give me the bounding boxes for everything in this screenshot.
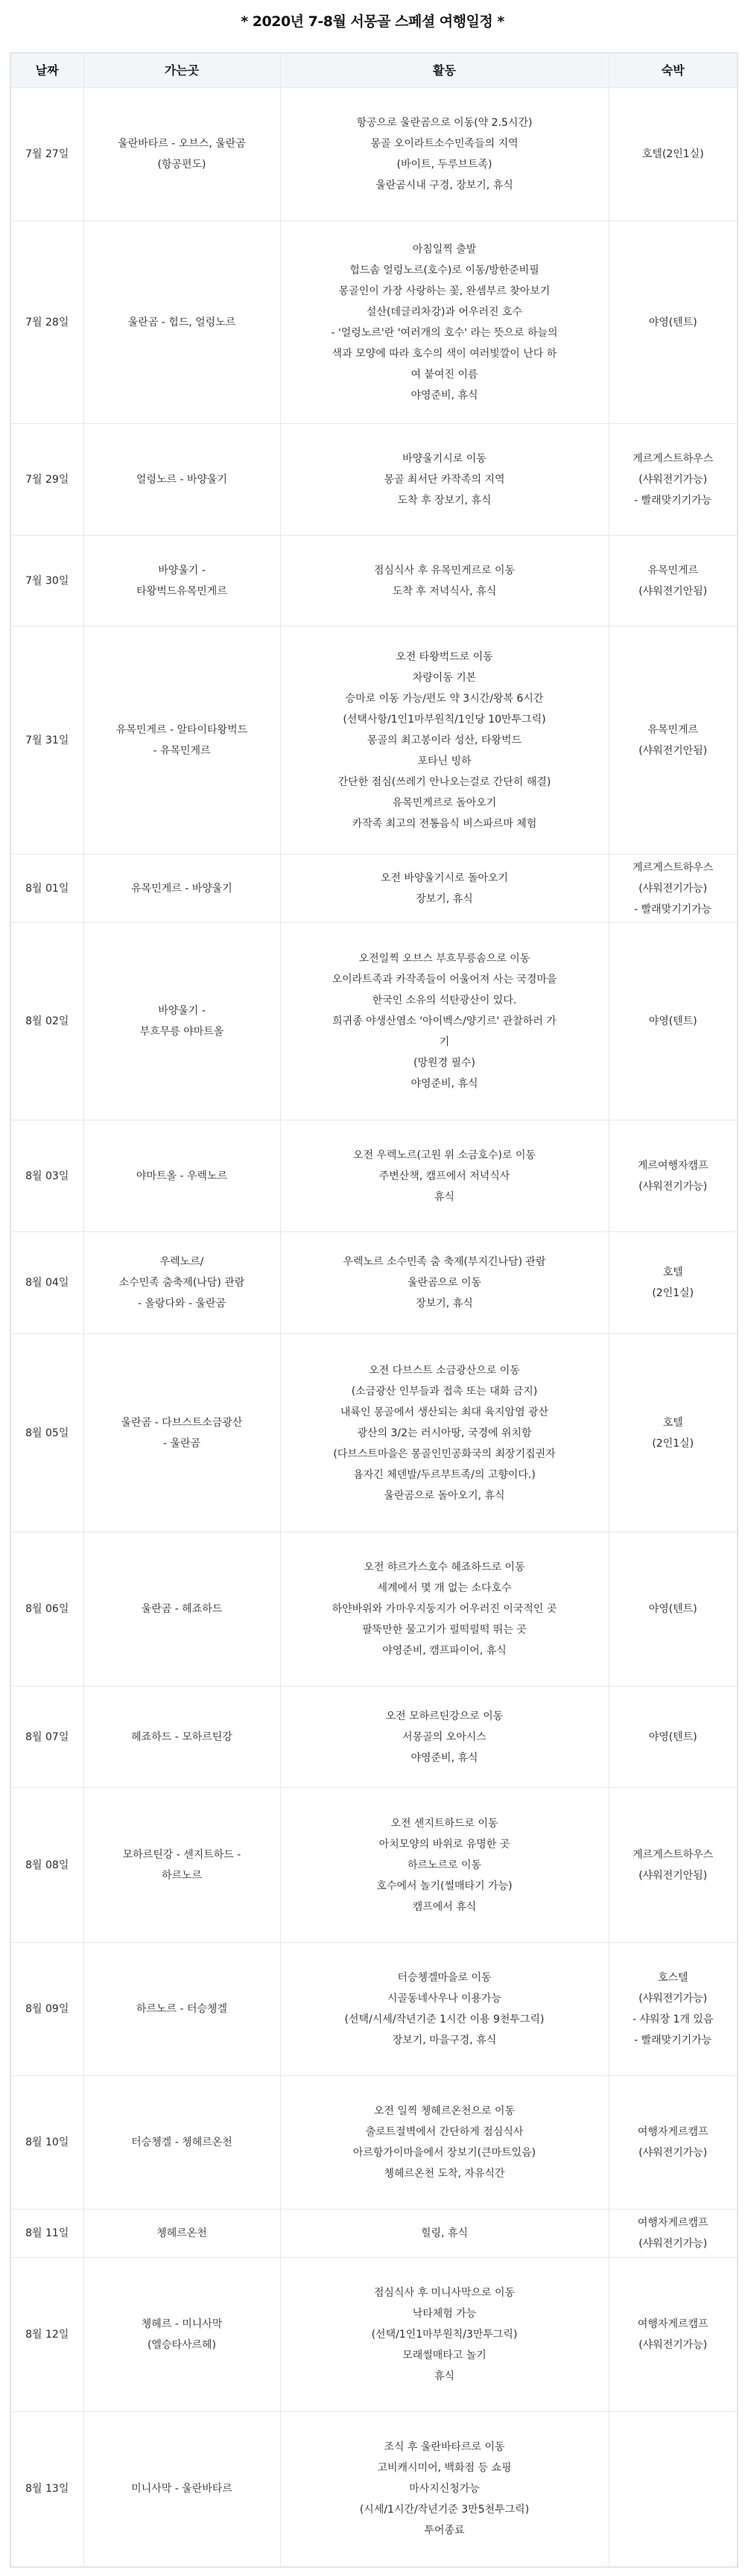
activity-cell: 오전 바양울기시로 돌아오기장보기, 휴식 <box>280 854 609 923</box>
activity-cell-line: 여 붙여진 이름 <box>285 364 604 385</box>
activity-cell-line: 오이라트족과 카작족들이 어울어져 사는 국경마을 <box>285 969 604 990</box>
date-cell: 8월 13일 <box>10 2412 83 2567</box>
activity-cell-line: 장보기, 휴식 <box>285 889 604 910</box>
lodging-cell: 게르게스트하우스(샤워전기가능)- 빨래맞기기가능 <box>609 854 738 923</box>
place-cell-line: 바양울기 - <box>89 560 276 581</box>
activity-cell-line: 세계에서 몇 개 없는 소다호수 <box>285 1578 604 1599</box>
activity-cell: 바양울기시로 이동몽골 최서단 카작족의 지역도착 후 장보기, 휴식 <box>280 424 609 536</box>
table-body: 7월 27일울란바타르 - 오브스, 울란곰(항공편도)항공으로 울란곰으로 이… <box>10 88 738 2567</box>
date-cell: 7월 30일 <box>10 536 83 626</box>
activity-cell-line: 몽골 오이라트소수민족들의 지역 <box>285 133 604 154</box>
lodging-cell-line: (2인1실) <box>614 1433 733 1454</box>
lodging-cell-line: 야영(텐트) <box>614 1011 733 1032</box>
activity-cell-line: 간단한 점심(쓰레기 안나오는걸로 간단히 해결) <box>285 772 604 793</box>
activity-cell-line: 오전 우렉노르(고원 위 소금호수)로 이동 <box>285 1145 604 1166</box>
table-header-row: 날짜 가는곳 활동 숙박 <box>10 53 738 88</box>
lodging-cell: 유목민게르(샤워전기안됨) <box>609 536 738 626</box>
activity-cell: 점심식사 후 유목민게르로 이동도착 후 저녁식사, 휴식 <box>280 536 609 626</box>
table-row: 8월 02일바양울기 -부흐무릉 야마트올오전일찍 오브스 부흐무릉솜으로 이동… <box>10 923 738 1120</box>
lodging-cell-line: 게르게스트하우스 <box>614 1844 733 1865</box>
place-cell-line: 소수민족 춤축제(나담) 관람 <box>89 1272 276 1293</box>
activity-cell-line: 몽골 최서단 카작족의 지역 <box>285 469 604 490</box>
place-cell: 유목민게르 - 알타이타왕벅드- 유목민게르 <box>83 626 280 854</box>
table-row: 8월 11일쳉헤르온천힐링, 휴식여행자게르캠프(샤워전기가능) <box>10 2209 738 2258</box>
activity-cell: 힐링, 휴식 <box>280 2209 609 2258</box>
lodging-cell-line: (샤워전기가능) <box>614 2142 733 2163</box>
activity-cell: 오전 햐르가스호수 헤죠하드로 이동세계에서 몇 개 없는 소다호수하얀바위와 … <box>280 1532 609 1687</box>
activity-cell-line: 도착 후 저녁식사, 휴식 <box>285 581 604 602</box>
lodging-cell-line: 호스텔 <box>614 1967 733 1988</box>
place-cell-line: (항공편도) <box>89 154 276 175</box>
place-cell-line: 헤죠하드 - 모하르틴강 <box>89 1727 276 1748</box>
activity-cell: 오전일찍 오브스 부흐무릉솜으로 이동오이라트족과 카작족들이 어울어져 사는 … <box>280 923 609 1120</box>
itinerary-table: 날짜 가는곳 활동 숙박 7월 27일울란바타르 - 오브스, 울란곰(항공편도… <box>10 52 738 2568</box>
activity-cell-line: 승마로 이동 가능/편도 약 3시간/왕복 6시간 <box>285 688 604 709</box>
page-title: * 2020년 7-8월 서몽골 스페셜 여행일정 * <box>0 10 745 31</box>
header-date: 날짜 <box>10 53 83 88</box>
activity-cell-line: 터승쳉겔마을로 이동 <box>285 1967 604 1988</box>
activity-cell-line: 힐링, 휴식 <box>285 2223 604 2244</box>
activity-cell: 아침일찍 출발헙드솜 얼렁노르(호수)로 이동/방한준비필몽골인이 가장 사랑하… <box>280 221 609 424</box>
activity-cell-line: 서몽골의 오아시스 <box>285 1727 604 1748</box>
activity-cell: 오전 모하르틴강으로 이동서몽골의 오아시스야영준비, 휴식 <box>280 1687 609 1788</box>
lodging-cell: 게르게스트하우스(샤워전기안됨) <box>609 1788 738 1943</box>
activity-cell-line: 시골동네사우나 이용가능 <box>285 1988 604 2009</box>
activity-cell: 점심식사 후 미니사막으로 이동낙타체험 가능(선택/1인1마부원칙/3만투그릭… <box>280 2258 609 2412</box>
activity-cell-line: 마사지신청가능 <box>285 2478 604 2499</box>
lodging-cell: 야영(텐트) <box>609 1532 738 1687</box>
activity-cell-line: 오전 바양울기시로 돌아오기 <box>285 868 604 889</box>
lodging-cell-line: 야영(텐트) <box>614 312 733 333</box>
lodging-cell-line: 호텔(2인1실) <box>614 144 733 165</box>
activity-cell-line: 주변산책, 캠프에서 저녁식사 <box>285 1166 604 1187</box>
activity-cell-line: 아치모양의 바위로 유명한 곳 <box>285 1834 604 1855</box>
place-cell-line: - 올랑다와 - 울란곰 <box>89 1293 276 1314</box>
date-cell: 8월 05일 <box>10 1334 83 1532</box>
place-cell: 울란곰 - 헙드, 얼렁노르 <box>83 221 280 424</box>
activity-cell-line: 모래썰매타고 놀기 <box>285 2345 604 2366</box>
place-cell-line: 쳉헤르온천 <box>89 2223 276 2244</box>
date-cell: 7월 31일 <box>10 626 83 854</box>
activity-cell-line: 장보기, 마을구경, 휴식 <box>285 2030 604 2051</box>
activity-cell-line: - '얼렁노르'란 '여러개의 호수' 라는 뜻으로 하늘의 <box>285 323 604 343</box>
place-cell-line: 모하르틴강 - 센지트하드 - <box>89 1844 276 1865</box>
activity-cell-line: 욤자긴 체덴발/두르부트족/의 고향이다.) <box>285 1465 604 1485</box>
activity-cell-line: (소금광산 인부들과 접촉 또는 대화 금지) <box>285 1381 604 1402</box>
lodging-cell: 호스텔(샤워전기가능)- 샤워장 1개 있음- 빨래맞기기가능 <box>609 1943 738 2076</box>
lodging-cell: 게르여행자캠프(샤워전기가능) <box>609 1120 738 1232</box>
activity-cell-line: 하얀바위와 가마우지둥지가 어우러진 이국적인 곳 <box>285 1599 604 1619</box>
place-cell-line: 유목민게르 - 알타이타왕벅드 <box>89 720 276 740</box>
date-cell: 8월 01일 <box>10 854 83 923</box>
place-cell: 우렉노르/소수민족 춤축제(나담) 관람- 올랑다와 - 울란곰 <box>83 1232 280 1334</box>
lodging-cell: 게르게스트하우스(샤워전기가능)- 빨래맞기기가능 <box>609 424 738 536</box>
lodging-cell-line: (샤워전기가능) <box>614 469 733 490</box>
activity-cell-line: (망원경 필수) <box>285 1053 604 1073</box>
lodging-cell-line: - 빨래맞기기가능 <box>614 899 733 920</box>
table-row: 8월 09일하르노르 - 터승쳉겔터승쳉겔마을로 이동시골동네사우나 이용가능(… <box>10 1943 738 2076</box>
activity-cell-line: 바양울기시로 이동 <box>285 448 604 469</box>
lodging-cell-line: 게르여행자캠프 <box>614 1155 733 1176</box>
activity-cell-line: 조식 후 울란바타르로 이동 <box>285 2437 604 2458</box>
header-lodging: 숙박 <box>609 53 738 88</box>
activity-cell: 오전 다브스트 소금광산으로 이동(소금광산 인부들과 접촉 또는 대화 금지)… <box>280 1334 609 1532</box>
activity-cell-line: 우렉노르 소수민족 춤 축제(부지긴나담) 관람 <box>285 1251 604 1272</box>
place-cell-line: 바양울기 - <box>89 1000 276 1021</box>
table-row: 8월 10일터승쳉겔 - 쳉헤르온천오전 일찍 쳉헤르온천으로 이동출로트절벽에… <box>10 2076 738 2209</box>
table-row: 8월 04일우렉노르/소수민족 춤축제(나담) 관람- 올랑다와 - 울란곰우렉… <box>10 1232 738 1334</box>
place-cell-line: 하르노르 <box>89 1865 276 1886</box>
activity-cell: 오전 타왕벅드로 이동차량이동 기본승마로 이동 가능/편도 약 3시간/왕복 … <box>280 626 609 854</box>
lodging-cell-line: (샤워전기안됨) <box>614 581 733 602</box>
lodging-cell-line: (샤워전기가능) <box>614 878 733 899</box>
lodging-cell-line: 야영(텐트) <box>614 1727 733 1748</box>
activity-cell-line: 몽골인이 가장 사랑하는 꽃, 완셈부르 찾아보기 <box>285 281 604 302</box>
place-cell: 헤죠하드 - 모하르틴강 <box>83 1687 280 1788</box>
activity-cell-line: 몽골의 최고봉이라 성산, 타왕벅드 <box>285 730 604 751</box>
date-cell: 8월 03일 <box>10 1120 83 1232</box>
table-row: 7월 27일울란바타르 - 오브스, 울란곰(항공편도)항공으로 울란곰으로 이… <box>10 88 738 221</box>
activity-cell-line: 울란곰시내 구경, 장보기, 휴식 <box>285 175 604 196</box>
place-cell-line: 부흐무릉 야마트올 <box>89 1021 276 1042</box>
date-cell: 8월 04일 <box>10 1232 83 1334</box>
activity-cell: 오전 우렉노르(고원 위 소금호수)로 이동주변산책, 캠프에서 저녁식사휴식 <box>280 1120 609 1232</box>
activity-cell-line: (선택/시세/작년기준 1시간 이용 9천투그릭) <box>285 2009 604 2030</box>
table-row: 7월 31일유목민게르 - 알타이타왕벅드- 유목민게르오전 타왕벅드로 이동차… <box>10 626 738 854</box>
activity-cell-line: 아침일찍 출발 <box>285 239 604 260</box>
activity-cell-line: 울란곰으로 이동 <box>285 1272 604 1293</box>
activity-cell-line: 기 <box>285 1032 604 1053</box>
table-row: 8월 05일울란곰 - 다브스트소금광산- 울란곰오전 다브스트 소금광산으로 … <box>10 1334 738 1532</box>
activity-cell-line: 내륙인 몽골에서 생산되는 최대 육지암염 광산 <box>285 1402 604 1423</box>
place-cell: 쳉헤르온천 <box>83 2209 280 2258</box>
place-cell: 쳉헤르 - 미니사막(엘승타사르헤) <box>83 2258 280 2412</box>
activity-cell: 조식 후 울란바타르로 이동고비캐시미어, 백화점 등 쇼핑마사지신청가능(시세… <box>280 2412 609 2567</box>
activity-cell: 터승쳉겔마을로 이동시골동네사우나 이용가능(선택/시세/작년기준 1시간 이용… <box>280 1943 609 2076</box>
activity-cell-line: 출로트절벽에서 간단하게 점심식사 <box>285 2122 604 2142</box>
activity-cell-line: 낙타체험 가능 <box>285 2303 604 2324</box>
lodging-cell-line: 호텔 <box>614 1262 733 1283</box>
lodging-cell-line: 여행자게르캠프 <box>614 2122 733 2142</box>
place-cell-line: 야마트올 - 우렉노르 <box>89 1166 276 1187</box>
lodging-cell: 호텔(2인1실) <box>609 1334 738 1532</box>
table-row: 7월 28일울란곰 - 헙드, 얼렁노르아침일찍 출발헙드솜 얼렁노르(호수)로… <box>10 221 738 424</box>
lodging-cell: 여행자게르캠프(샤워전기가능) <box>609 2209 738 2258</box>
lodging-cell: 야영(텐트) <box>609 923 738 1120</box>
activity-cell-line: 차량이동 기본 <box>285 667 604 688</box>
lodging-cell-line: 유목민게르 <box>614 720 733 740</box>
activity-cell-line: 유목민게르로 돌아오기 <box>285 793 604 813</box>
activity-cell-line: 팔뚝만한 물고기가 펄떡펄떡 뛰는 곳 <box>285 1619 604 1640</box>
activity-cell-line: 아르항가이마을에서 장보기(큰마트있음) <box>285 2142 604 2163</box>
activity-cell: 항공으로 울란곰으로 이동(약 2.5시간)몽골 오이라트소수민족들의 지역(바… <box>280 88 609 221</box>
activity-cell-line: 투어종료 <box>285 2520 604 2541</box>
table-row: 8월 12일쳉헤르 - 미니사막(엘승타사르헤)점심식사 후 미니사막으로 이동… <box>10 2258 738 2412</box>
activity-cell-line: 점심식사 후 유목민게르로 이동 <box>285 560 604 581</box>
activity-cell-line: 하르노르로 이동 <box>285 1855 604 1876</box>
activity-cell-line: 야영준비, 휴식 <box>285 1748 604 1768</box>
lodging-cell-line: 호텔 <box>614 1412 733 1433</box>
activity-cell-line: 항공으로 울란곰으로 이동(약 2.5시간) <box>285 112 604 133</box>
activity-cell-line: 오전 타왕벅드로 이동 <box>285 647 604 667</box>
lodging-cell-line: 야영(텐트) <box>614 1599 733 1619</box>
place-cell-line: 울란바타르 - 오브스, 울란곰 <box>89 133 276 154</box>
date-cell: 8월 06일 <box>10 1532 83 1687</box>
activity-cell-line: 야영준비, 캠프파이어, 휴식 <box>285 1640 604 1661</box>
lodging-cell: 야영(텐트) <box>609 1687 738 1788</box>
lodging-cell-line: 게르게스트하우스 <box>614 448 733 469</box>
lodging-cell-line: - 샤워장 1개 있음 <box>614 2009 733 2030</box>
activity-cell-line: 장보기, 휴식 <box>285 1293 604 1314</box>
activity-cell-line: 점심식사 후 미니사막으로 이동 <box>285 2282 604 2303</box>
lodging-cell-line: (샤워전기가능) <box>614 2233 733 2254</box>
place-cell: 하르노르 - 터승쳉겔 <box>83 1943 280 2076</box>
place-cell-line: 우렉노르/ <box>89 1251 276 1272</box>
lodging-cell-line: 유목민게르 <box>614 560 733 581</box>
date-cell: 8월 07일 <box>10 1687 83 1788</box>
place-cell: 모하르틴강 - 센지트하드 -하르노르 <box>83 1788 280 1943</box>
place-cell-line: 터승쳉겔 - 쳉헤르온천 <box>89 2132 276 2153</box>
lodging-cell-line: (샤워전기안됨) <box>614 740 733 761</box>
lodging-cell: 호텔(2인1실) <box>609 88 738 221</box>
lodging-cell-line: (샤워전기안됨) <box>614 1865 733 1886</box>
date-cell: 8월 11일 <box>10 2209 83 2258</box>
activity-cell-line: 오전 센지트하드로 이동 <box>285 1813 604 1834</box>
activity-cell-line: (바이트, 두루브트족) <box>285 154 604 175</box>
activity-cell-line: 오전 모하르틴강으로 이동 <box>285 1706 604 1727</box>
activity-cell-line: 오전일찍 오브스 부흐무릉솜으로 이동 <box>285 948 604 969</box>
date-cell: 8월 02일 <box>10 923 83 1120</box>
table-row: 7월 30일바양울기 -타왕벅드유목민게르점심식사 후 유목민게르로 이동도착 … <box>10 536 738 626</box>
activity-cell-line: 카작족 최고의 전통음식 비스파르마 체험 <box>285 813 604 834</box>
lodging-cell-line: (샤워전기가능) <box>614 1988 733 2009</box>
activity-cell-line: 희귀종 야생산염소 '아이벡스/양기르' 관찰하러 가 <box>285 1011 604 1032</box>
lodging-cell-line: - 빨래맞기기가능 <box>614 490 733 511</box>
table-row: 8월 01일유목민게르 - 바양울기오전 바양울기시로 돌아오기장보기, 휴식게… <box>10 854 738 923</box>
lodging-cell-line: - 빨래맞기기가능 <box>614 2030 733 2051</box>
date-cell: 7월 27일 <box>10 88 83 221</box>
activity-cell-line: (선택/1인1마부원칙/3만투그릭) <box>285 2324 604 2345</box>
lodging-cell: 호텔(2인1실) <box>609 1232 738 1334</box>
activity-cell-line: 오전 햐르가스호수 헤죠하드로 이동 <box>285 1557 604 1578</box>
place-cell-line: 하르노르 - 터승쳉겔 <box>89 1999 276 2020</box>
activity-cell-line: 호수에서 놀기(썰매타기 가능) <box>285 1876 604 1897</box>
activity-cell: 우렉노르 소수민족 춤 축제(부지긴나담) 관람울란곰으로 이동장보기, 휴식 <box>280 1232 609 1334</box>
date-cell: 7월 29일 <box>10 424 83 536</box>
place-cell: 얼렁노르 - 바양울기 <box>83 424 280 536</box>
place-cell-line: (엘승타사르헤) <box>89 2335 276 2355</box>
table-row: 7월 29일얼렁노르 - 바양울기바양울기시로 이동몽골 최서단 카작족의 지역… <box>10 424 738 536</box>
lodging-cell: 야영(텐트) <box>609 221 738 424</box>
lodging-cell-line: (2인1실) <box>614 1283 733 1304</box>
activity-cell-line: 광산의 3/2는 러시아땅, 국경에 위치함 <box>285 1423 604 1444</box>
activity-cell: 오전 일찍 쳉헤르온천으로 이동출로트절벽에서 간단하게 점심식사아르항가이마을… <box>280 2076 609 2209</box>
date-cell: 8월 09일 <box>10 1943 83 2076</box>
activity-cell-line: 캠프에서 휴식 <box>285 1897 604 1917</box>
activity-cell-line: 휴식 <box>285 1187 604 1208</box>
place-cell: 바양울기 -부흐무릉 야마트올 <box>83 923 280 1120</box>
place-cell-line: 울란곰 - 헙드, 얼렁노르 <box>89 312 276 333</box>
date-cell: 8월 12일 <box>10 2258 83 2412</box>
date-cell: 7월 28일 <box>10 221 83 424</box>
place-cell-line: 유목민게르 - 바양울기 <box>89 878 276 899</box>
activity-cell-line: 설산(데글리차강)과 어우러진 호수 <box>285 302 604 323</box>
activity-cell-line: (다브스트마을은 몽골인민공화국의 최장기집권자 <box>285 1444 604 1465</box>
header-activity: 활동 <box>280 53 609 88</box>
lodging-cell: 유목민게르(샤워전기안됨) <box>609 626 738 854</box>
activity-cell-line: (시세/1시간/작년기준 3만5천투그릭) <box>285 2499 604 2520</box>
activity-cell-line: 야영준비, 휴식 <box>285 385 604 406</box>
activity-cell-line: 야영준비, 휴식 <box>285 1073 604 1094</box>
table-row: 8월 07일헤죠하드 - 모하르틴강오전 모하르틴강으로 이동서몽골의 오아시스… <box>10 1687 738 1788</box>
lodging-cell: 여행자게르캠프(샤워전기가능) <box>609 2258 738 2412</box>
activity-cell-line: (선택사항/1인1마부원칙/1인당 10만투그릭) <box>285 709 604 730</box>
activity-cell-line: 오전 일찍 쳉헤르온천으로 이동 <box>285 2101 604 2122</box>
place-cell: 미니사막 - 울란바타르 <box>83 2412 280 2567</box>
lodging-cell <box>609 2412 738 2567</box>
place-cell: 바양울기 -타왕벅드유목민게르 <box>83 536 280 626</box>
place-cell: 울란바타르 - 오브스, 울란곰(항공편도) <box>83 88 280 221</box>
table-row: 8월 13일미니사막 - 울란바타르조식 후 울란바타르로 이동고비캐시미어, … <box>10 2412 738 2567</box>
date-cell: 8월 10일 <box>10 2076 83 2209</box>
activity-cell-line: 도착 후 장보기, 휴식 <box>285 490 604 511</box>
table-row: 8월 08일모하르틴강 - 센지트하드 -하르노르오전 센지트하드로 이동아치모… <box>10 1788 738 1943</box>
place-cell-line: - 울란곰 <box>89 1433 276 1454</box>
activity-cell-line: 휴식 <box>285 2366 604 2387</box>
activity-cell-line: 헙드솜 얼렁노르(호수)로 이동/방한준비필 <box>285 260 604 281</box>
place-cell-line: 미니사막 - 울란바타르 <box>89 2478 276 2499</box>
activity-cell-line: 고비캐시미어, 백화점 등 쇼핑 <box>285 2458 604 2478</box>
lodging-cell-line: 여행자게르캠프 <box>614 2314 733 2335</box>
lodging-cell-line: 여행자게르캠프 <box>614 2212 733 2233</box>
activity-cell-line: 한국인 소유의 석탄광산이 있다. <box>285 990 604 1011</box>
place-cell-line: 얼렁노르 - 바양울기 <box>89 469 276 490</box>
place-cell-line: 쳉헤르 - 미니사막 <box>89 2314 276 2335</box>
lodging-cell: 여행자게르캠프(샤워전기가능) <box>609 2076 738 2209</box>
table-row: 8월 03일야마트올 - 우렉노르오전 우렉노르(고원 위 소금호수)로 이동주… <box>10 1120 738 1232</box>
place-cell-line: 울란곰 - 다브스트소금광산 <box>89 1412 276 1433</box>
place-cell: 야마트올 - 우렉노르 <box>83 1120 280 1232</box>
table-row: 8월 06일울란곰 - 헤죠하드오전 햐르가스호수 헤죠하드로 이동세계에서 몇… <box>10 1532 738 1687</box>
activity-cell-line: 울란곰으로 돌아오기, 휴식 <box>285 1485 604 1506</box>
activity-cell: 오전 센지트하드로 이동아치모양의 바위로 유명한 곳하르노르로 이동호수에서 … <box>280 1788 609 1943</box>
place-cell: 터승쳉겔 - 쳉헤르온천 <box>83 2076 280 2209</box>
place-cell-line: 타왕벅드유목민게르 <box>89 581 276 602</box>
activity-cell-line: 쳉헤르온천 도착, 자유식간 <box>285 2163 604 2184</box>
lodging-cell-line: (샤워전기가능) <box>614 1176 733 1197</box>
place-cell: 울란곰 - 헤죠하드 <box>83 1532 280 1687</box>
place-cell-line: 울란곰 - 헤죠하드 <box>89 1599 276 1619</box>
activity-cell-line: 색과 모양에 따라 호수의 색이 여러빛깔이 난다 하 <box>285 343 604 364</box>
activity-cell-line: 오전 다브스트 소금광산으로 이동 <box>285 1360 604 1381</box>
date-cell: 8월 08일 <box>10 1788 83 1943</box>
lodging-cell-line: (샤워전기가능) <box>614 2335 733 2355</box>
lodging-cell-line: 게르게스트하우스 <box>614 857 733 878</box>
activity-cell-line: 포타닌 빙하 <box>285 751 604 772</box>
place-cell: 유목민게르 - 바양울기 <box>83 854 280 923</box>
header-place: 가는곳 <box>83 53 280 88</box>
place-cell: 울란곰 - 다브스트소금광산- 울란곰 <box>83 1334 280 1532</box>
place-cell-line: - 유목민게르 <box>89 740 276 761</box>
